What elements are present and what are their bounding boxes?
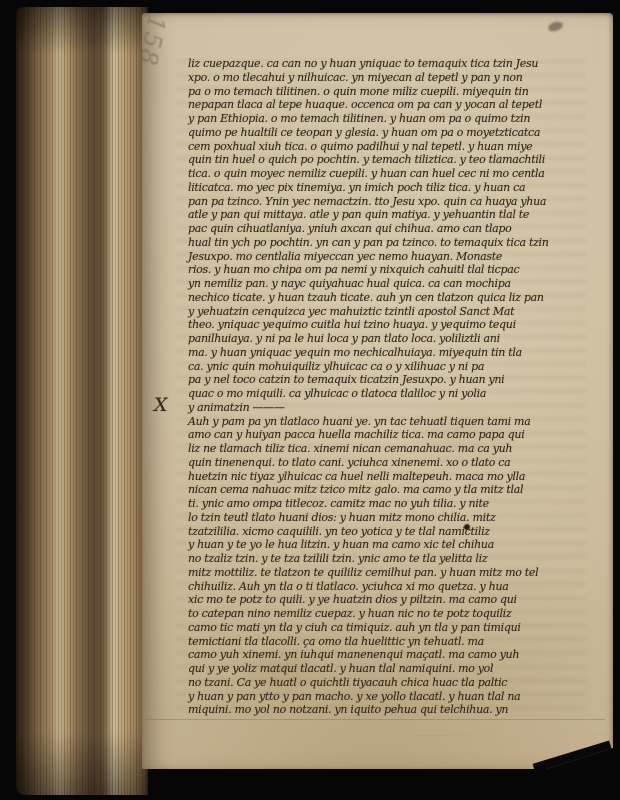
manuscript-line: tzatzililia. xicmo caquilili. yn teo yot… <box>188 525 588 539</box>
manuscript-line: nican cema nahuac mitz tzico mitz galo. … <box>188 483 588 497</box>
manuscript-line: camo tic mati yn tla y ciuh ca timiquiz.… <box>188 621 588 635</box>
manuscript-line: liz cuepazque. ca can no y huan yniquac … <box>188 57 588 71</box>
manuscript-line: xic mo te potz to quili. y ye huatzin di… <box>188 593 588 607</box>
marginal-x-mark: X <box>154 394 168 416</box>
manuscript-line: quimo pe hualtili ce teopan y glesia. y … <box>188 126 588 140</box>
manuscript-line: pa o mo temach tilitinen. o quin mone mi… <box>188 85 588 99</box>
manuscript-line: pa y nel toco catzin to temaquix ticatzi… <box>188 373 588 387</box>
manuscript-line: ti. ynic amo ompa titlecoz. camitz mac n… <box>188 497 588 511</box>
manuscript-line: no tzaliz tzin. y te tza tzilili tzin. y… <box>188 552 588 566</box>
manuscript-line: tica. o quin moyec nemiliz cuepili. y hu… <box>188 167 588 181</box>
manuscript-line: miquini. mo yol no notzani. yn iquito pe… <box>188 703 588 717</box>
manuscript-page: 158 liz cuepazque. ca can no y huan yniq… <box>142 13 613 769</box>
manuscript-line: Auh y pam pa yn tlatlaco huani ye. yn ta… <box>188 415 588 429</box>
manuscript-line: y animatzin ——— <box>188 401 588 415</box>
manuscript-line: yn nemiliz pan. y nayc quiyahuac hual qu… <box>188 277 588 291</box>
manuscript-line: camo yuh xinemi. yn iuhqui manenenqui ma… <box>188 648 588 662</box>
manuscript-line: quin tinenenqui. to tlato cani. yciuhca … <box>188 456 588 470</box>
book-page-edges <box>16 7 148 795</box>
manuscript-line: qui y ye yoliz matqui tlacatl. y huan tl… <box>188 662 588 676</box>
manuscript-line: liz ne tlamach tiliz tica. xinemi nican … <box>188 442 588 456</box>
manuscript-line: amo can y huiyan pacca huella machiliz t… <box>188 428 588 442</box>
manuscript-line: hual tin ych po pochtin. yn can y pan pa… <box>188 236 588 250</box>
ink-smudge <box>547 20 564 33</box>
manuscript-line: mitz mottiliz. te tlatzon te quililiz ce… <box>188 566 588 580</box>
manuscript-line: y huan y pan ytto y pan macho. y xe yoll… <box>188 690 588 704</box>
manuscript-line: ca. ynic quin mohuiquiliz ylhuicac ca o … <box>188 360 588 374</box>
manuscript-line: xpo. o mo tlecahui y nilhuicac. yn miyec… <box>188 71 588 85</box>
ink-blot <box>464 524 470 530</box>
manuscript-line: quin tin huel o quich po pochtin. y tema… <box>188 153 588 167</box>
manuscript-line: no tzani. Ca ye huatl o quichtli tiyacau… <box>188 676 588 690</box>
manuscript-line: rios. y huan mo chipa om pa nemi y nixqu… <box>188 263 588 277</box>
manuscript-line: to catepan nino nemiliz cuepaz. y huan n… <box>188 607 588 621</box>
manuscript-line: temictiani tla tlacolli. ça omo tla huel… <box>188 635 588 649</box>
faint-ruled-line <box>145 719 605 720</box>
manuscript-line: pac quin cihuatlaniya. yniuh axcan qui c… <box>188 222 588 236</box>
page-corner-shadow <box>533 740 619 796</box>
manuscript-line: nechico ticate. y huan tzauh ticate. auh… <box>188 291 588 305</box>
manuscript-line: liticatca. mo yec pix tinemiya. yn imich… <box>188 181 588 195</box>
manuscript-line: y huan y te yo le hua litzin. y huan ma … <box>188 538 588 552</box>
manuscript-line: quac o mo miquili. ca ylhuicac o tlatoca… <box>188 387 588 401</box>
manuscript-line: y pan Ethiopia. o mo temach tilitinen. y… <box>188 112 588 126</box>
photo-background: 158 liz cuepazque. ca can no y huan yniq… <box>0 0 620 800</box>
scanner-artifact-line <box>418 735 613 736</box>
manuscript-line: Jesuxpo. mo centlalia miyeccan yec nemo … <box>188 250 588 264</box>
manuscript-text-block: liz cuepazque. ca can no y huan yniquac … <box>188 57 588 721</box>
manuscript-line: nepapan tlaca al tepe huaque. occenca om… <box>188 98 588 112</box>
manuscript-line: panilhuiaya. y ni pa le hui loca y pan t… <box>188 332 588 346</box>
manuscript-line: pan pa tzinco. Ynin yec nemactzin. tto J… <box>188 195 588 209</box>
manuscript-line: theo. yniquac yequimo cuitla hui tzino h… <box>188 318 588 332</box>
manuscript-line: atle y pan qui mittaya. atle y pan quin … <box>188 208 588 222</box>
manuscript-line: ma. y huan yniquac yequin mo nechicalhui… <box>188 346 588 360</box>
manuscript-line: y yehuatzin cenquizca yec mahuiztic tzin… <box>188 305 588 319</box>
manuscript-line: chihuiliz. Auh yn tla o ti tlatlaco. yci… <box>188 580 588 594</box>
manuscript-line: lo tzin teutl tlato huani dios: y huan m… <box>188 511 588 525</box>
manuscript-line: huetzin nic tiyaz ylhuicac ca huel nelli… <box>188 470 588 484</box>
manuscript-line: cem poxhual xiuh tica. o quimo padilhui … <box>188 140 588 154</box>
